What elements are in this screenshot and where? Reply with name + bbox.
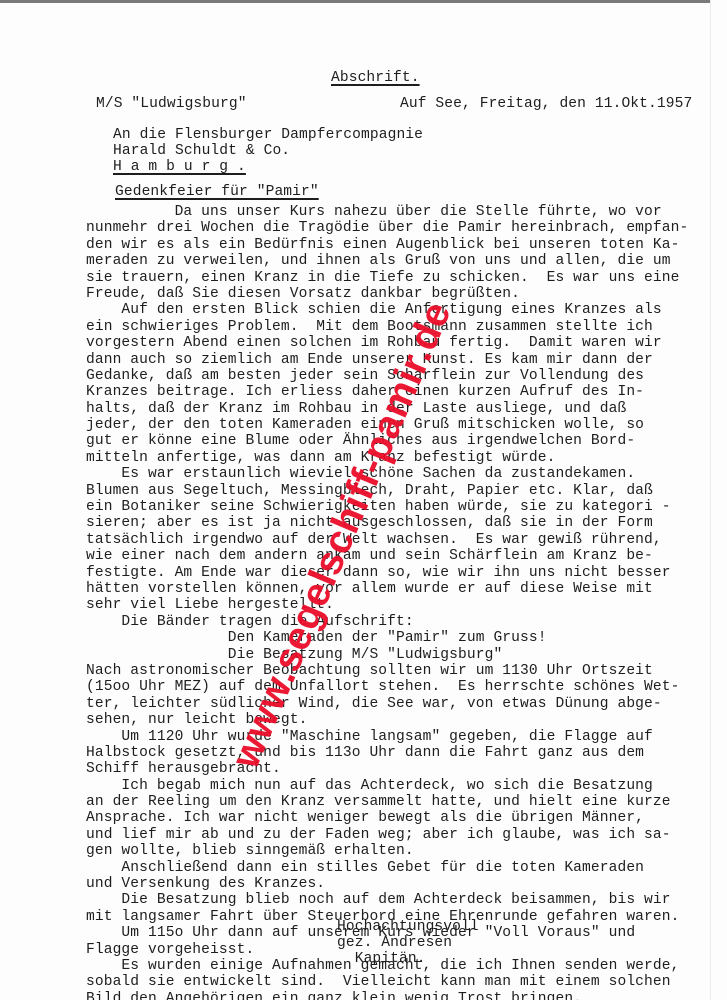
body-line: sobald sie entwickelt sind. Vielleicht k… — [86, 974, 688, 990]
body-line: Schiff herausgebracht. — [86, 761, 688, 777]
body-line: Halbstock gesetzt, und bis 113o Uhr dann… — [86, 745, 688, 761]
subject-line: Gedenkfeier für "Pamir" — [115, 184, 319, 200]
body-line: hätten vorstellen können, vor allem wurd… — [86, 581, 688, 597]
sender-vessel: M/S "Ludwigsburg" — [96, 96, 247, 112]
body-line: Ich begab mich nun auf das Achterdeck, w… — [86, 778, 688, 794]
document-page: Abschrift. M/S "Ludwigsburg" Auf See, Fr… — [0, 0, 727, 1000]
body-line: tatsächlich irgendwo auf der Welt wachse… — [86, 532, 688, 548]
body-line: Anschließend dann ein stilles Gebet für … — [86, 860, 688, 876]
scan-top-edge — [0, 0, 711, 3]
body-line: Da uns unser Kurs nahezu über die Stelle… — [86, 204, 688, 220]
body-line: Die Besatzung M/S "Ludwigsburg" — [86, 647, 688, 663]
body-line: wie einer nach dem andern ankam und sein… — [86, 548, 688, 564]
body-line: nunmehr drei Wochen die Tragödie über di… — [86, 220, 688, 236]
body-line: sie trauern, einen Kranz in die Tiefe zu… — [86, 270, 688, 286]
body-line: den wir es als ein Bedürfnis einen Augen… — [86, 237, 688, 253]
closing-signature: gez. Andresen — [337, 935, 452, 951]
closing-title: Kapitän. — [337, 951, 426, 967]
body-line: ein schwieriges Problem. Mit dem Bootsma… — [86, 319, 688, 335]
body-line: dann auch so ziemlich am Ende unserer Ku… — [86, 352, 688, 368]
body-line: sehen, nur leicht bewegt. — [86, 712, 688, 728]
body-line: Auf den ersten Blick schien die Anfertig… — [86, 302, 688, 318]
body-line: vorgestern Abend einen solchen im Rohbau… — [86, 335, 688, 351]
document-heading: Abschrift. — [331, 70, 420, 86]
body-line: Bild den Angehörigen ein ganz klein weni… — [86, 991, 688, 1000]
body-line: meraden zu verweilen, und ihnen als Gruß… — [86, 253, 688, 269]
body-line: sehr viel Liebe hergestellt. — [86, 597, 688, 613]
body-line: und Versenkung des Kranzes. — [86, 876, 688, 892]
body-line: festigte. Am Ende war dieser dann so, wi… — [86, 565, 688, 581]
body-line: (15oo Uhr MEZ) auf dem Unfallort stehen.… — [86, 679, 688, 695]
body-line: gen wollte, blieb sinngemäß erhalten. — [86, 843, 688, 859]
body-line: Den Kameraden der "Pamir" zum Gruss! — [86, 630, 688, 646]
body-line: ein Botaniker seine Schwierigkeiten habe… — [86, 499, 688, 515]
letter-body: Da uns unser Kurs nahezu über die Stelle… — [86, 204, 688, 1000]
body-line: und lief mir ab und zu der Faden weg; ab… — [86, 827, 688, 843]
body-line: Um 1120 Uhr wurde "Maschine langsam" geg… — [86, 729, 688, 745]
body-line: Nach astronomischer Beobachtung sollten … — [86, 663, 688, 679]
recipient-city: H a m b u r g . — [113, 159, 246, 175]
recipient-line-1: An die Flensburger Dampfercompagnie — [113, 127, 423, 143]
body-line: ter, leichter südlicher Wind, die See wa… — [86, 696, 688, 712]
recipient-line-2: Harald Schuldt & Co. — [113, 143, 290, 159]
scan-right-edge — [710, 0, 711, 1000]
closing-salutation: Hochachtungsvoll — [337, 919, 479, 935]
body-line: sieren; aber es ist ja nicht ausgeschlos… — [86, 515, 688, 531]
body-line: an der Reeling um den Kranz versammelt h… — [86, 794, 688, 810]
body-line: Ansprache. Ich war nicht weniger bewegt … — [86, 810, 688, 826]
place-date: Auf See, Freitag, den 11.Okt.1957 — [400, 96, 692, 112]
body-line: Freude, daß Sie diesen Vorsatz dankbar b… — [86, 286, 688, 302]
body-line: Die Bänder tragen die Aufschrift: — [86, 614, 688, 630]
body-line: Die Besatzung blieb noch auf dem Achterd… — [86, 892, 688, 908]
